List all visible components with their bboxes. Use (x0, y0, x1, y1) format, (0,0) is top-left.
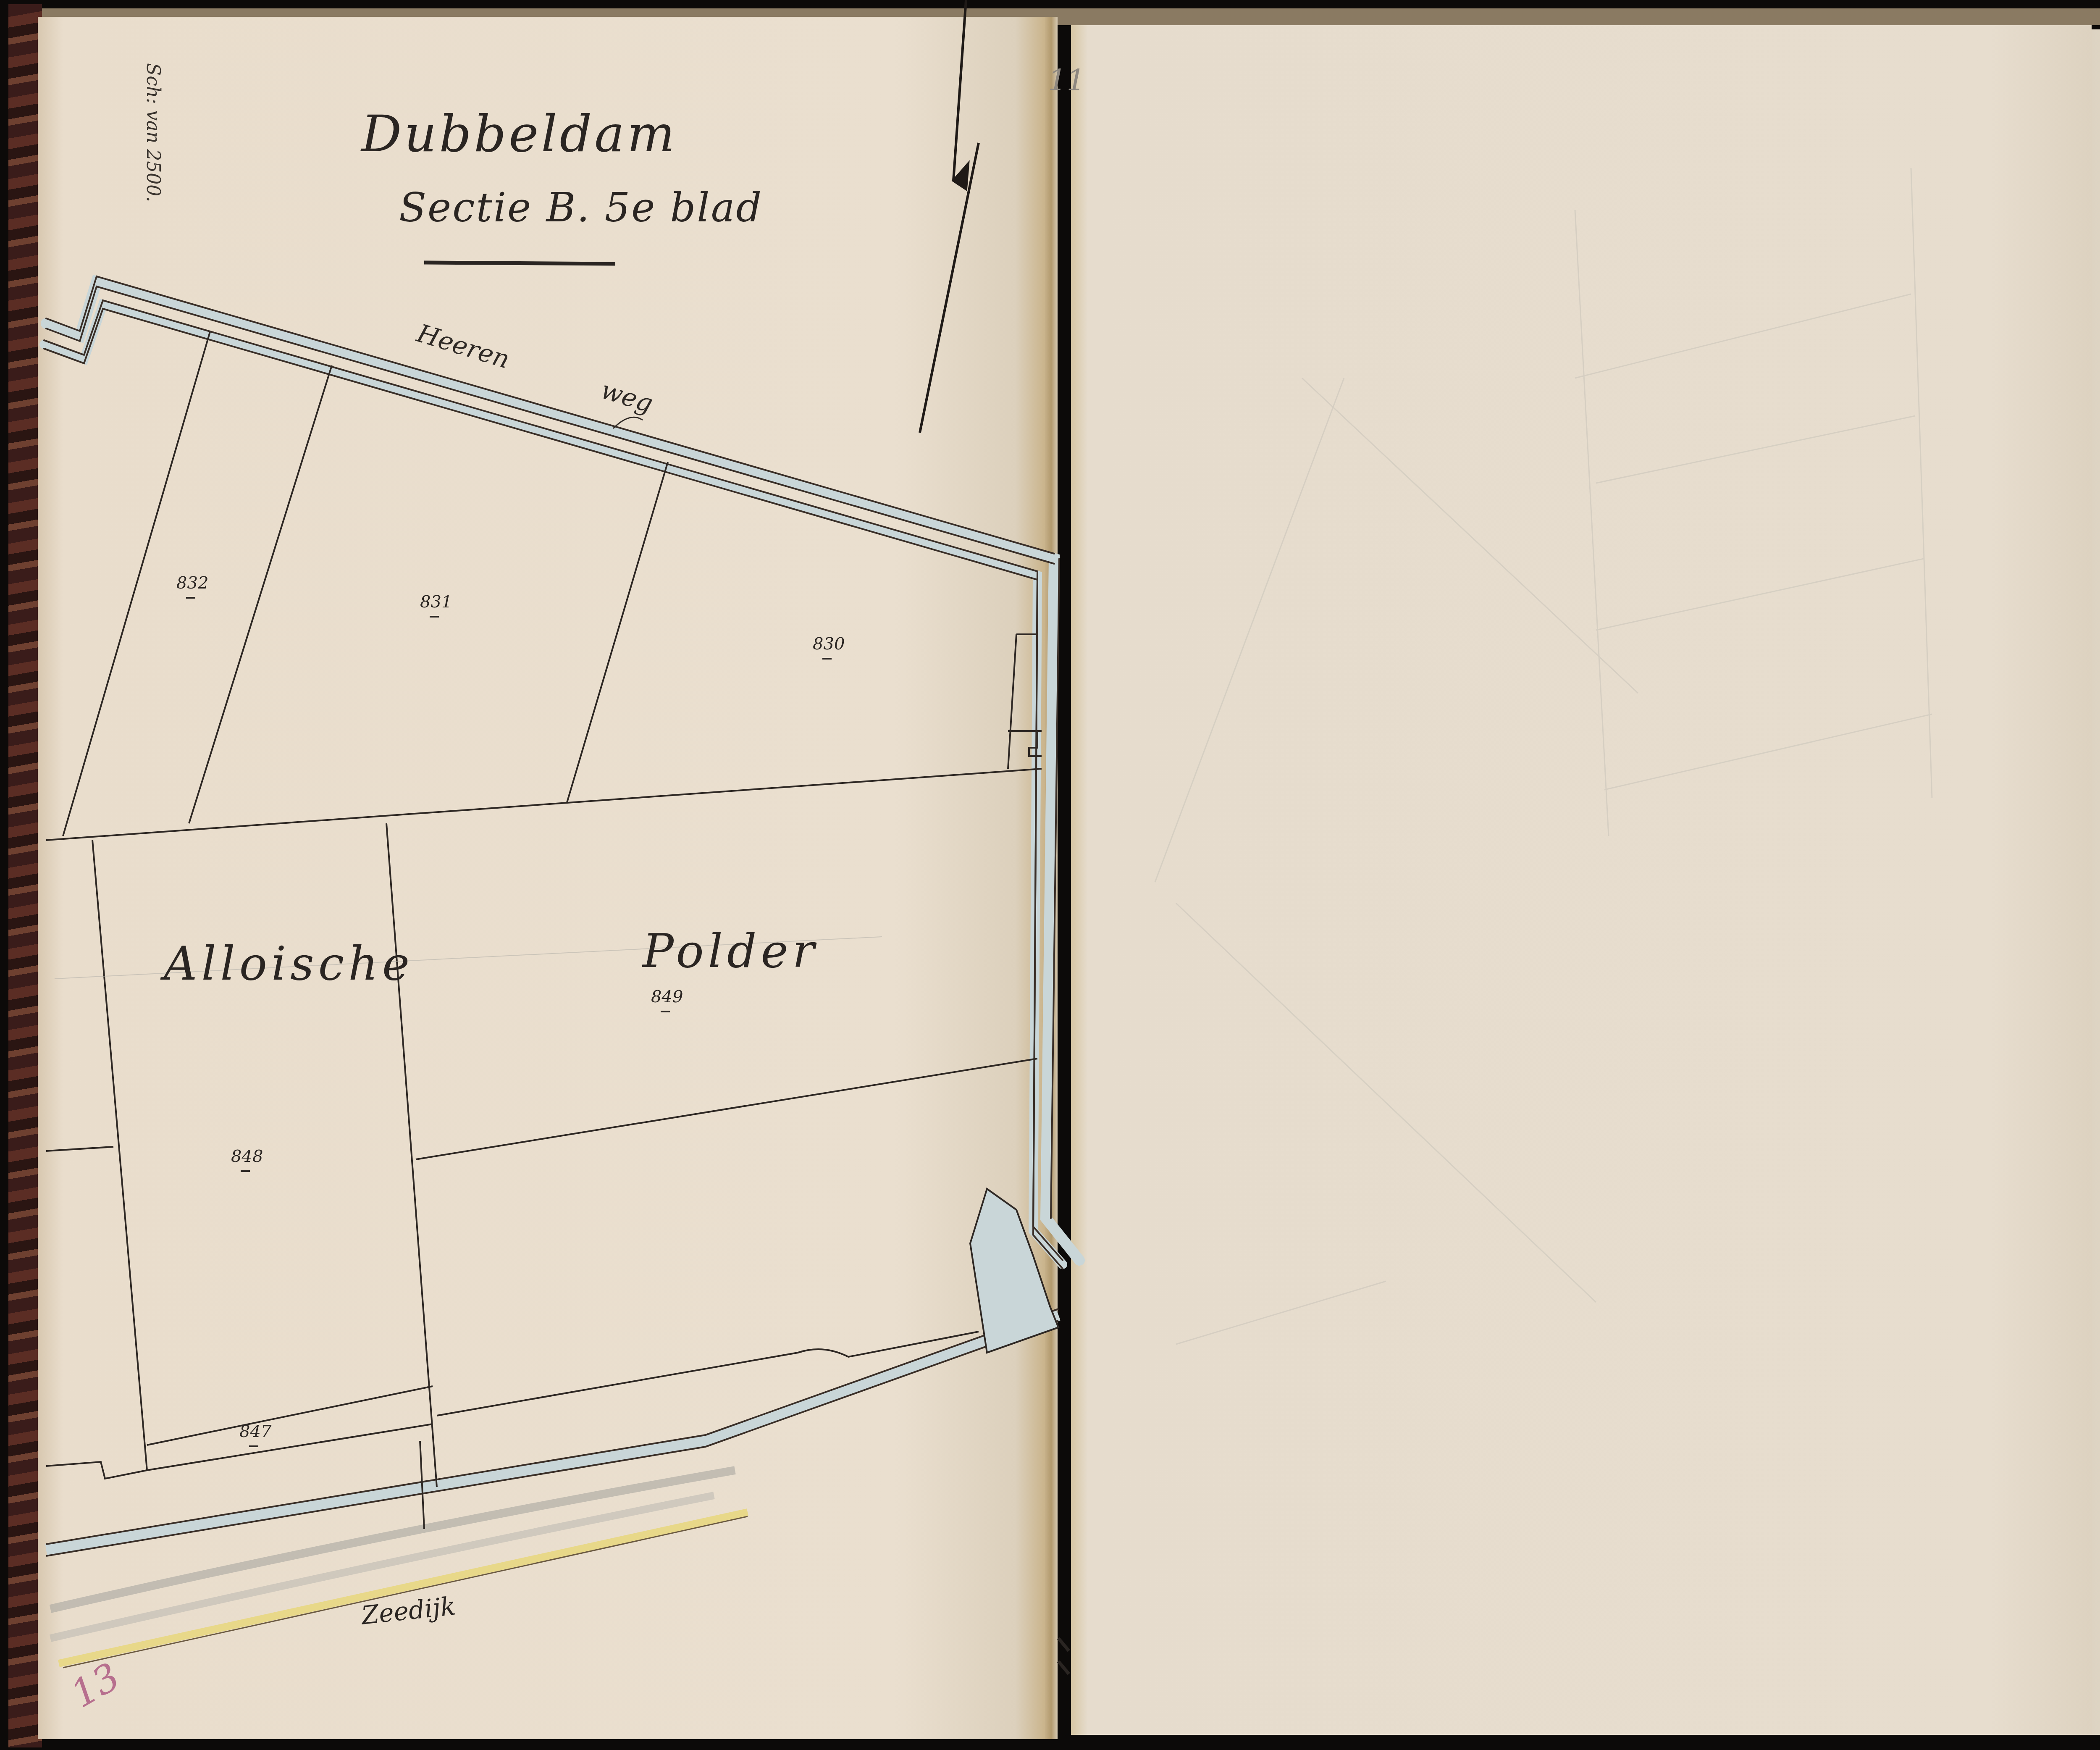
map-subtitle: Sectie B. 5e blad (399, 185, 763, 231)
heeren-weg-road (44, 276, 1079, 1269)
polder-label-alloische: Alloische (164, 937, 414, 991)
title-underline (424, 263, 615, 264)
pencil-bleed-through-sketch (1155, 168, 1932, 1344)
gutter-pencil-number: 11 (1048, 63, 1085, 97)
gutter-marks (1058, 1638, 1069, 1674)
parcel-number: 848 (231, 1147, 263, 1166)
parcel-number: 831 (420, 592, 452, 612)
polder-label-polder: Polder (643, 924, 819, 978)
parcel-number: 830 (813, 634, 845, 654)
parcel-number: 832 (176, 573, 208, 593)
parcel-number: 847 (239, 1422, 271, 1441)
cadastral-map-drawing (0, 0, 2100, 1750)
north-arrow-icon (920, 0, 979, 433)
map-title: Dubbeldam (361, 105, 677, 163)
scale-note: Sch: van 2500. (142, 63, 164, 202)
parcel-number: 849 (651, 987, 683, 1006)
